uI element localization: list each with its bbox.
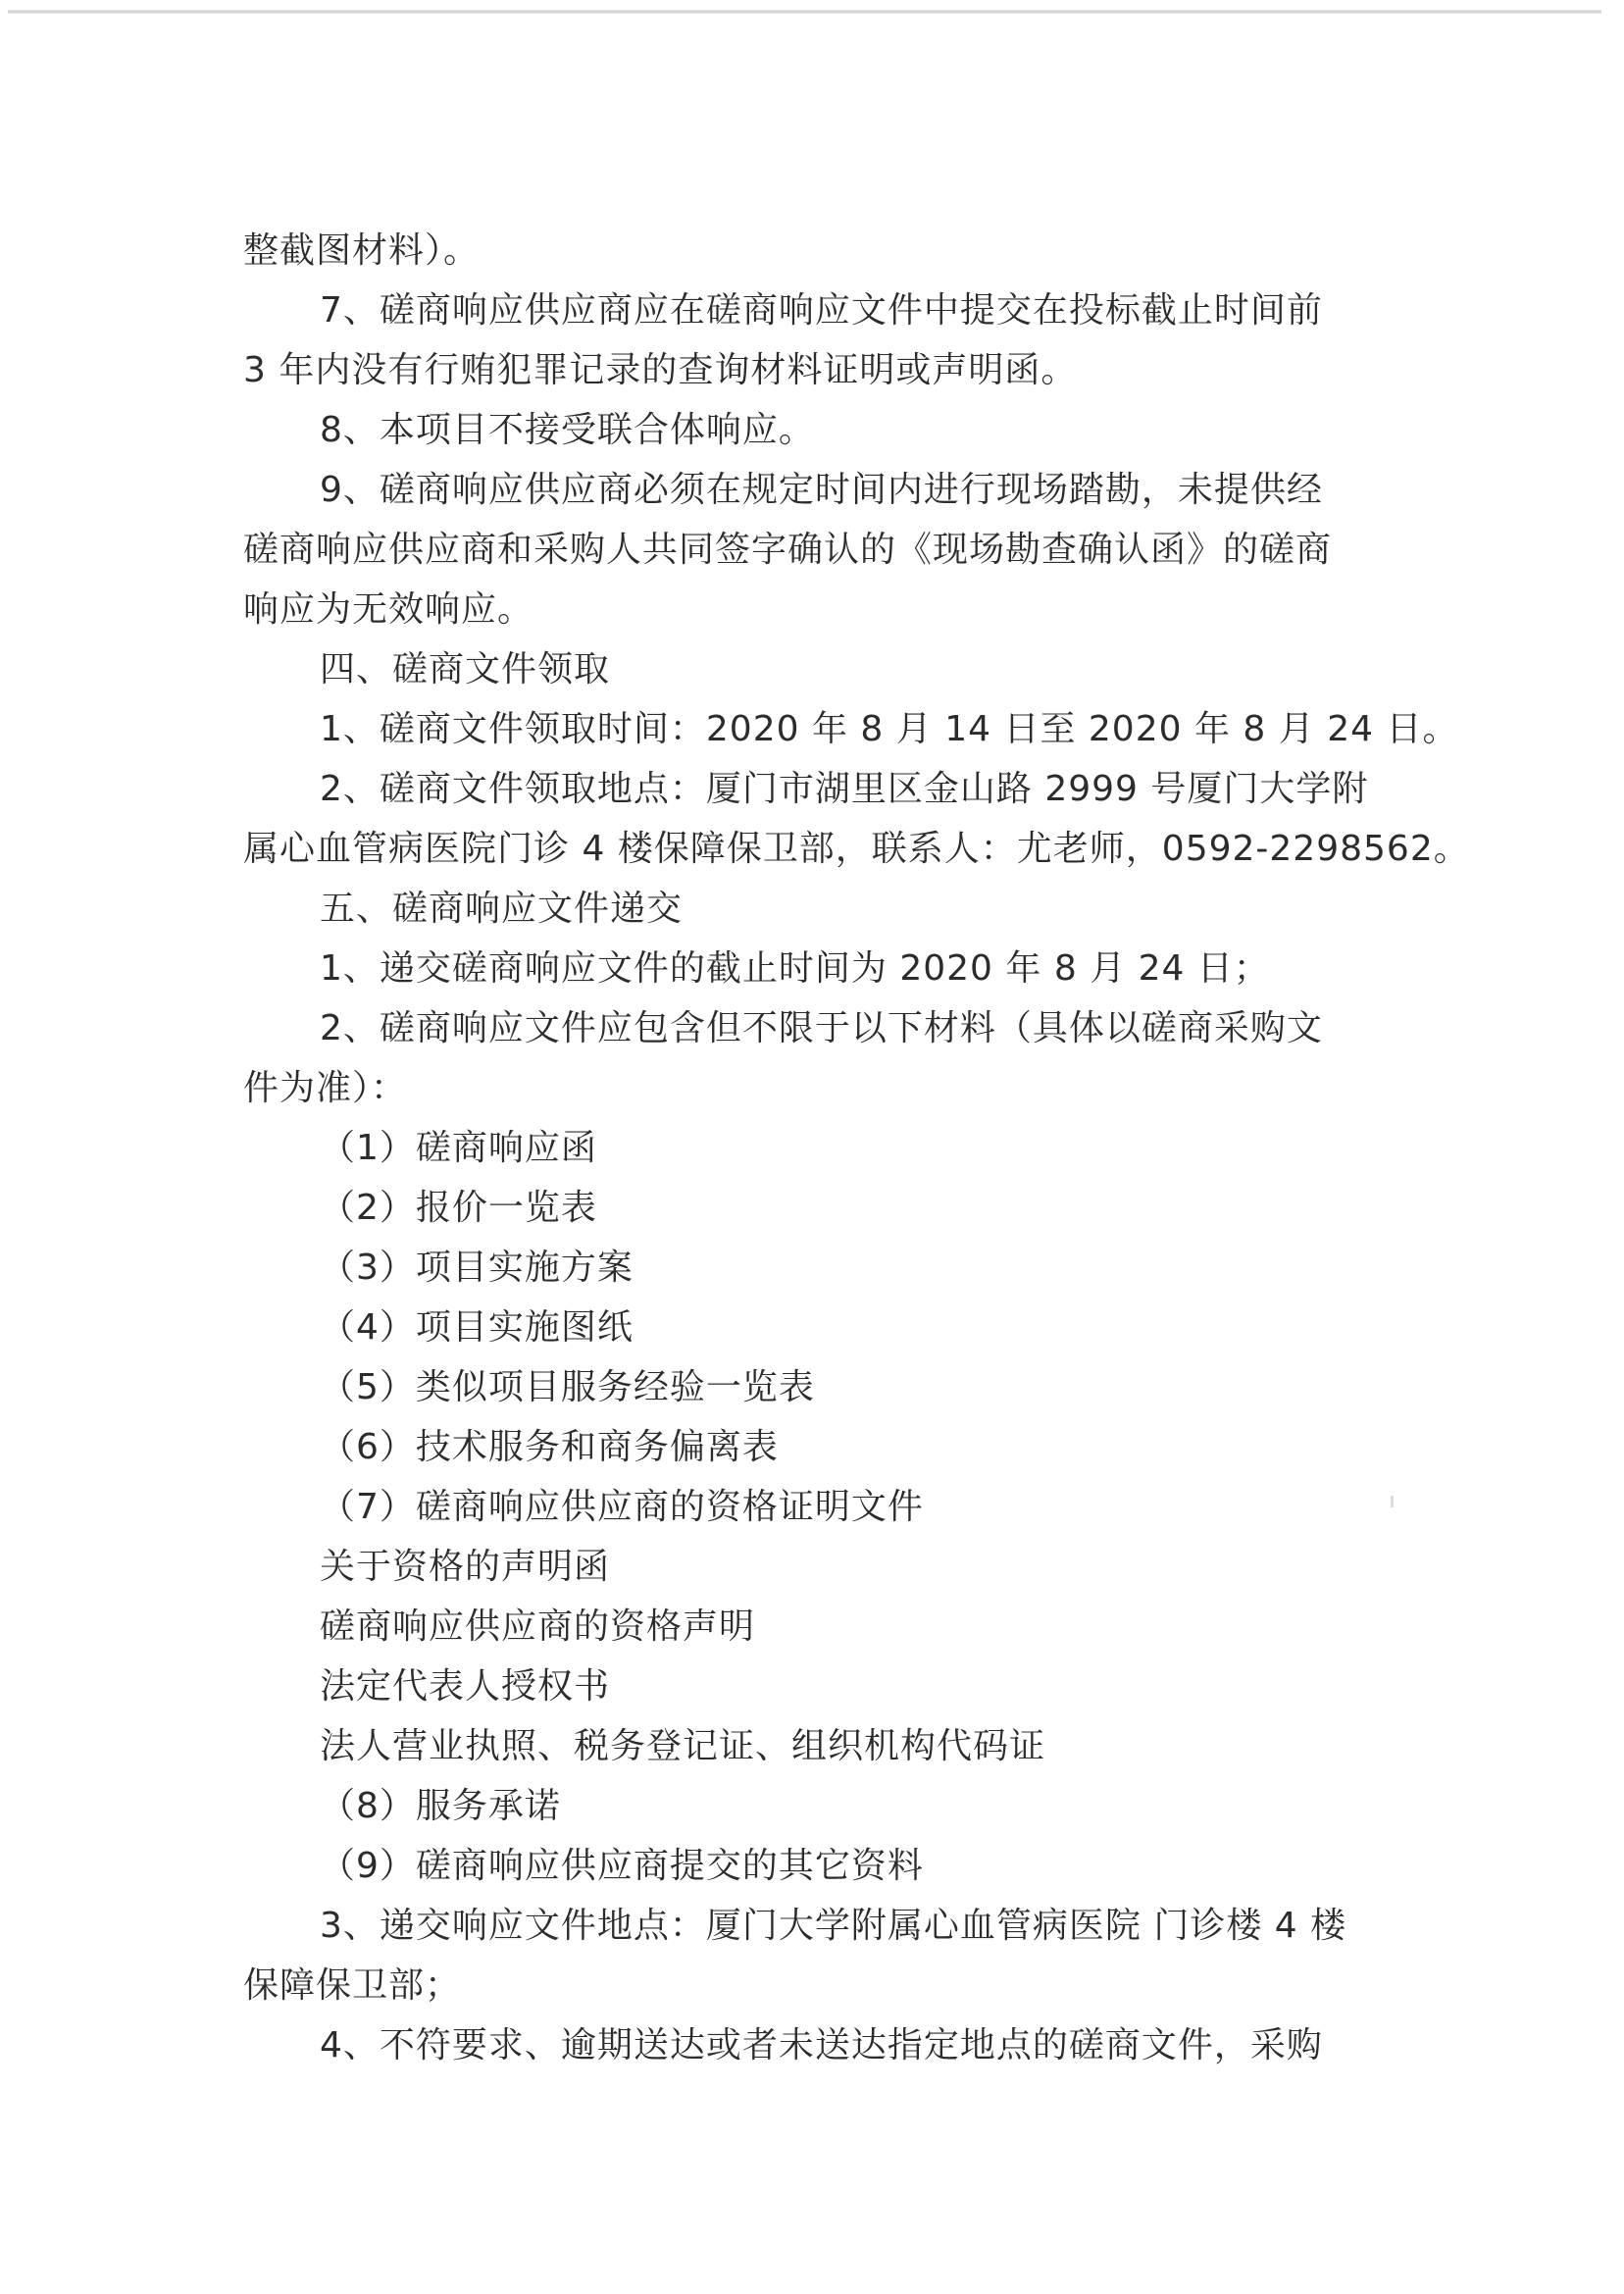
material-item-1: （1）磋商响应函	[243, 1118, 1381, 1178]
material-subitem: 法人营业执照、税务登记证、组织机构代码证	[243, 1716, 1381, 1776]
text-line: 保障保卫部；	[243, 1956, 1381, 2015]
text-line: 磋商响应供应商和采购人共同签字确认的《现场勘查确认函》的磋商	[243, 520, 1381, 580]
submission-materials: 2、磋商响应文件应包含但不限于以下材料（具体以磋商采购文	[243, 998, 1381, 1058]
clause-9: 9、磋商响应供应商必须在规定时间内进行现场踏勘，未提供经	[243, 460, 1381, 520]
pickup-location: 2、磋商文件领取地点：厦门市湖里区金山路 2999 号厦门大学附	[243, 759, 1381, 819]
material-item-6: （6）技术服务和商务偏离表	[243, 1417, 1381, 1477]
material-subitem: 关于资格的声明函	[243, 1537, 1381, 1597]
material-subitem: 法定代表人授权书	[243, 1657, 1381, 1716]
material-item-7: （7）磋商响应供应商的资格证明文件	[243, 1477, 1381, 1537]
late-submission-clause: 4、不符要求、逾期送达或者未送达指定地点的磋商文件，采购	[243, 2015, 1381, 2075]
material-subitem: 磋商响应供应商的资格声明	[243, 1597, 1381, 1657]
material-item-3: （3）项目实施方案	[243, 1238, 1381, 1298]
material-item-2: （2）报价一览表	[243, 1178, 1381, 1238]
section-heading-4: 四、磋商文件领取	[243, 639, 1381, 699]
text-line: 整截图材料）。	[243, 221, 1381, 280]
text-line: 响应为无效响应。	[243, 580, 1381, 639]
text-line: 件为准）：	[243, 1058, 1381, 1118]
pickup-time: 1、磋商文件领取时间：2020 年 8 月 14 日至 2020 年 8 月 2…	[243, 699, 1381, 759]
text-line: 属心血管病医院门诊 4 楼保障保卫部，联系人：尤老师，0592-2298562。	[243, 819, 1381, 879]
submission-location: 3、递交响应文件地点：厦门大学附属心血管病医院 门诊楼 4 楼	[243, 1896, 1381, 1956]
scan-speck	[1391, 1496, 1394, 1507]
material-item-8: （8）服务承诺	[243, 1776, 1381, 1836]
clause-8: 8、本项目不接受联合体响应。	[243, 400, 1381, 460]
material-item-4: （4）项目实施图纸	[243, 1298, 1381, 1357]
text-line: 3 年内没有行贿犯罪记录的查询材料证明或声明函。	[243, 340, 1381, 400]
document-page: 整截图材料）。 7、磋商响应供应商应在磋商响应文件中提交在投标截止时间前 3 年…	[243, 221, 1381, 2075]
scan-top-edge	[8, 10, 1601, 14]
section-heading-5: 五、磋商响应文件递交	[243, 879, 1381, 939]
material-item-9: （9）磋商响应供应商提交的其它资料	[243, 1836, 1381, 1896]
material-item-5: （5）类似项目服务经验一览表	[243, 1357, 1381, 1417]
clause-7: 7、磋商响应供应商应在磋商响应文件中提交在投标截止时间前	[243, 280, 1381, 340]
submission-deadline: 1、递交磋商响应文件的截止时间为 2020 年 8 月 24 日；	[243, 939, 1381, 998]
